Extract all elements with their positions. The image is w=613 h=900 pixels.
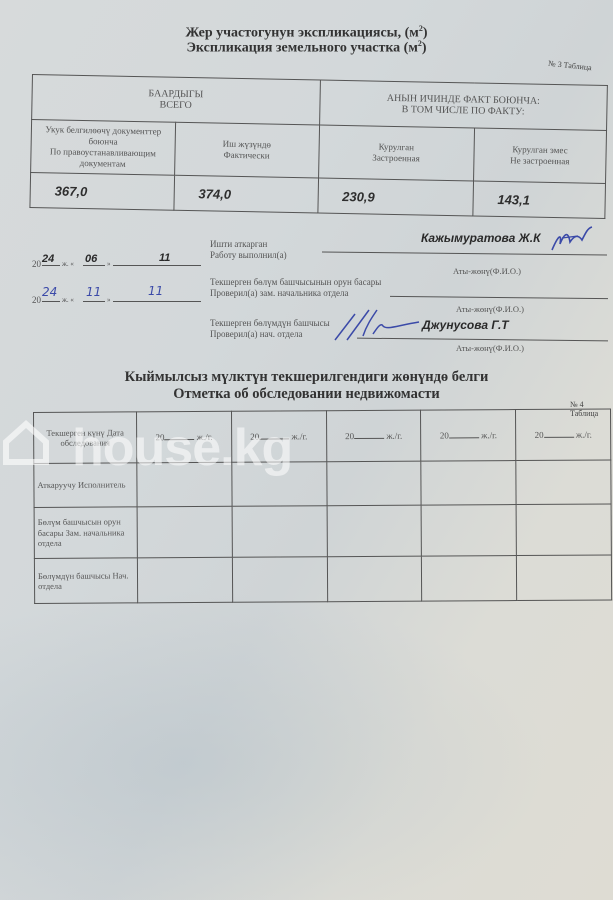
- inspection-title-kg: Кыймылсыз мүлктүн текшерилгендиги жөнүнд…: [0, 369, 613, 386]
- inspection-table: Текшерген күнү Дата обследования 20 ж./г…: [33, 408, 612, 604]
- checked-deputy-label: Текшерген бөлүм башчысынын орун басары П…: [210, 277, 381, 299]
- land-explication-table: БААРДЫГЫ ВСЕГО АНЫН ИЧИНДЕ ФАКТ БОЮНЧА: …: [29, 74, 607, 219]
- value-by-documents: 367,0: [30, 172, 174, 210]
- fact-header: АНЫН ИЧИНДЕ ФАКТ БОЮНЧА: В ТОМ ЧИСЛЕ ПО …: [319, 80, 607, 131]
- performed-label: Ишти аткарган Работу выполнил(а): [210, 239, 287, 261]
- value-not-built-up: 143,1: [473, 181, 606, 219]
- checked-deputy-signature-line: [390, 296, 608, 299]
- checked-deputy-fio-label: Аты-жөнү(Ф.И.О.): [456, 304, 524, 314]
- col-by-documents: Укук белгилөөчү документтер боюнчаПо пра…: [31, 120, 176, 176]
- empty-cell[interactable]: [137, 557, 232, 603]
- empty-cell[interactable]: [232, 462, 327, 507]
- empty-cell[interactable]: [232, 506, 327, 558]
- checked-head-label: Текшерген бөлүмдүн башчысы Проверил(а) н…: [210, 318, 330, 340]
- empty-cell[interactable]: [421, 461, 516, 506]
- paper-shadow: [0, 560, 613, 900]
- performed-name: Кажымуратова Ж.К: [421, 231, 540, 245]
- date-cell[interactable]: 20 ж./г.: [516, 409, 611, 461]
- date-cell[interactable]: 20 ж./г.: [137, 411, 232, 463]
- inspection-title-ru: Отметка об обследовании недвижомасти: [0, 386, 613, 403]
- total-header: БААРДЫГЫ ВСЕГО: [32, 75, 320, 126]
- col-built-up: КурулганЗастроенная: [318, 125, 474, 181]
- date-cell[interactable]: 20 ж./г.: [421, 410, 516, 462]
- empty-cell[interactable]: [422, 556, 517, 602]
- checked-head-fio-label: Аты-жөнү(Ф.И.О.): [456, 343, 524, 353]
- date-cell[interactable]: 20 ж./г.: [231, 411, 326, 463]
- empty-cell[interactable]: [232, 557, 327, 603]
- explication-title-ru: Экспликация земельного участка (м2): [0, 39, 613, 57]
- row-label-executor: Аткаруучу Исполнитель: [34, 463, 137, 508]
- table-number-3: № 3 Таблица: [548, 59, 593, 73]
- col-actual: Иш жүзүндөФактически: [174, 122, 319, 178]
- date-cell[interactable]: 20 ж./г.: [326, 410, 421, 462]
- value-actual: 374,0: [174, 175, 318, 213]
- value-built-up: 230,9: [317, 178, 473, 216]
- row-label-inspection-date: Текшерген күнү Дата обследования: [34, 412, 137, 464]
- signature-scribble-1: [548, 226, 594, 256]
- empty-cell[interactable]: [421, 505, 516, 557]
- empty-cell[interactable]: [327, 556, 422, 602]
- signature-scribble-2: [333, 306, 423, 342]
- empty-cell[interactable]: [137, 462, 232, 507]
- empty-cell[interactable]: [327, 505, 422, 557]
- empty-cell[interactable]: [326, 461, 421, 506]
- row-label-deputy-head: Бөлүм башчысын орун басары Зам. начальни…: [34, 507, 137, 559]
- empty-cell[interactable]: [517, 555, 612, 601]
- col-not-built-up: Курулган эмесНе застроенная: [473, 128, 606, 184]
- checked-head-name: Джунусова Г.Т: [422, 318, 509, 332]
- empty-cell[interactable]: [516, 504, 611, 556]
- empty-cell[interactable]: [516, 460, 611, 505]
- empty-cell[interactable]: [137, 506, 232, 558]
- row-label-department-head: Бөлүмдүн башчысы Нач. отдела: [34, 558, 137, 604]
- performed-fio-label: Аты-жөнү(Ф.И.О.): [453, 266, 521, 276]
